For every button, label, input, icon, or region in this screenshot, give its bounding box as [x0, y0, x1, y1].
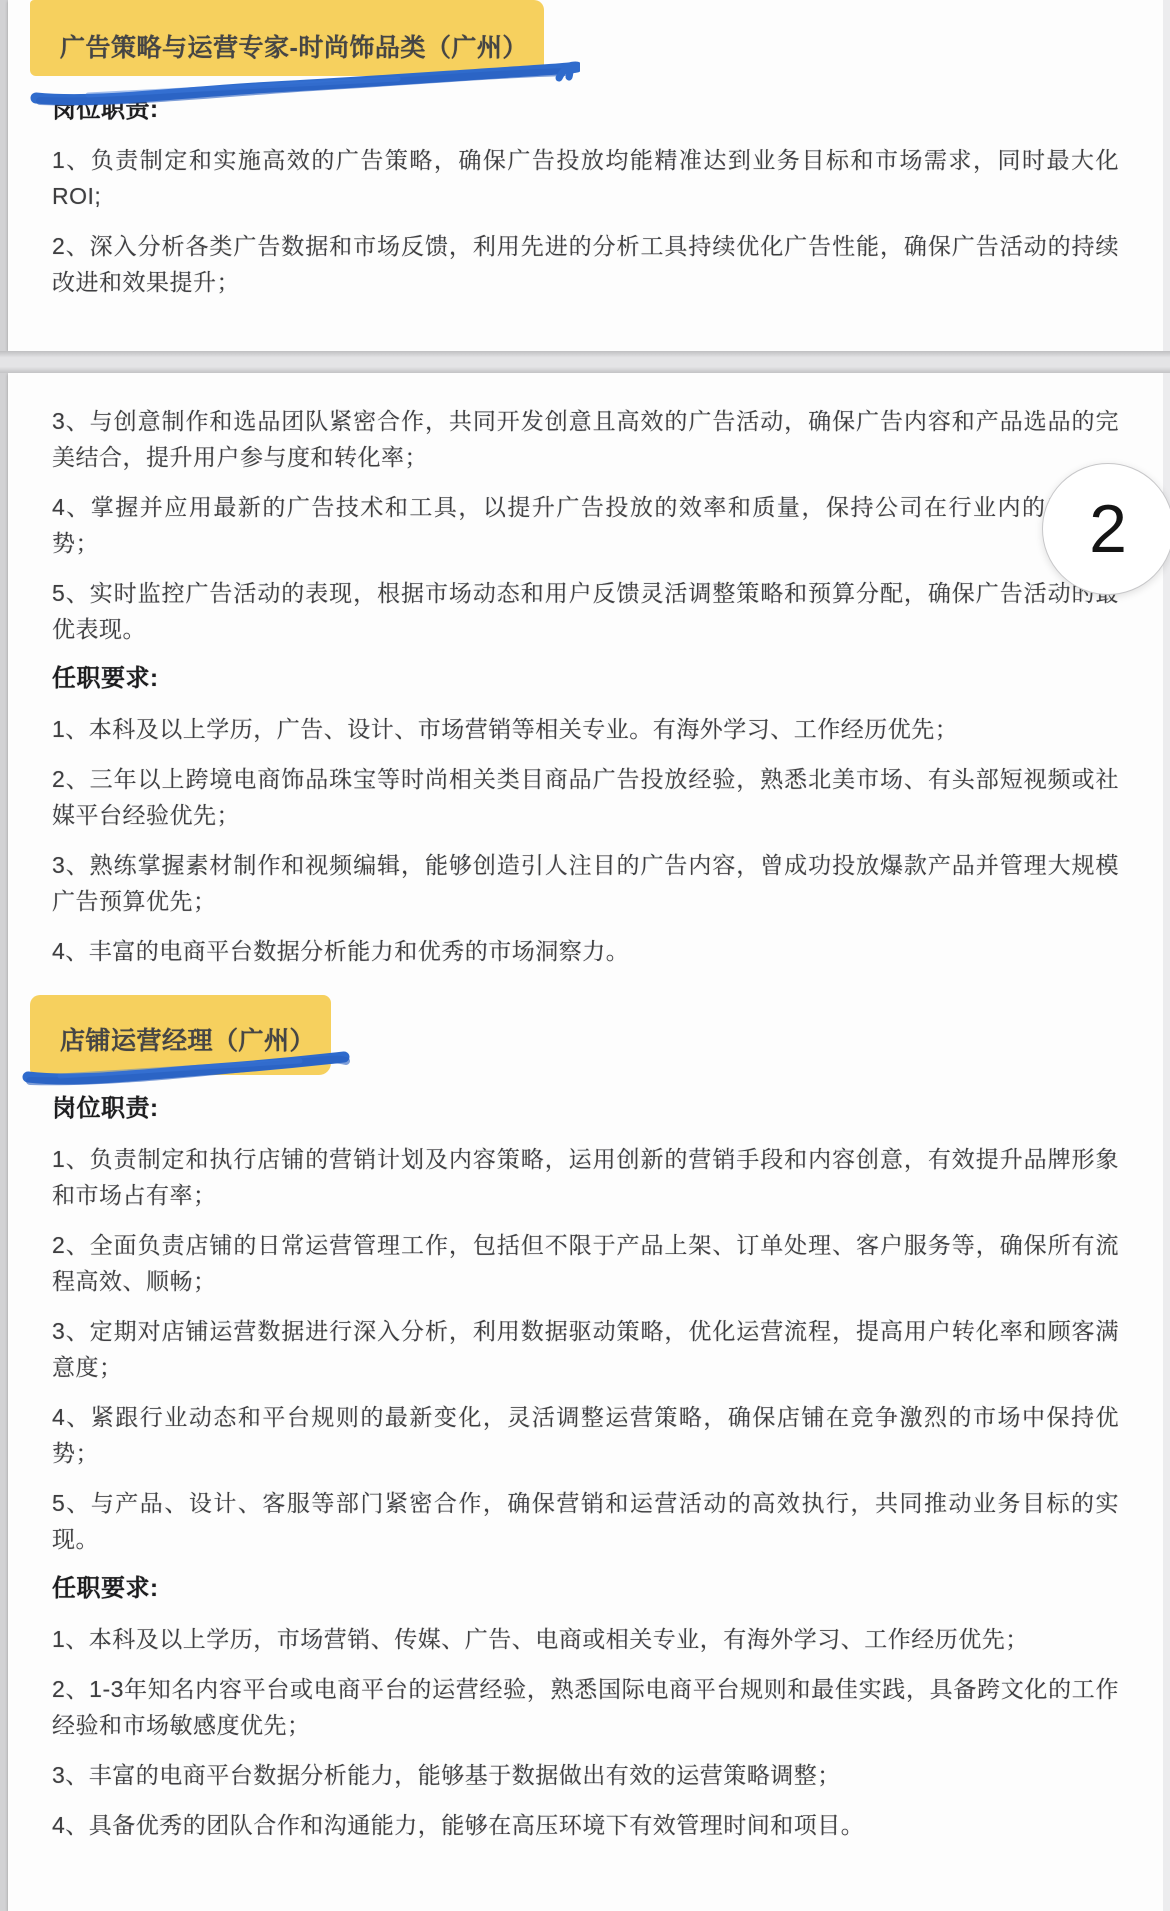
page-number: 2 [1089, 490, 1127, 568]
requirement-item: 4、丰富的电商平台数据分析能力和优秀的市场洞察力。 [52, 933, 1119, 969]
duty-item: 1、负责制定和实施高效的广告策略，确保广告投放均能精准达到业务目标和市场需求，同… [52, 142, 1119, 214]
document-viewer: 广告策略与运营专家-时尚饰品类（广州） 岗位职责: 1、负责制定和实施高效的广告… [0, 0, 1170, 1911]
page-1: 广告策略与运营专家-时尚饰品类（广州） 岗位职责: 1、负责制定和实施高效的广告… [8, 0, 1163, 351]
duty-item: 1、负责制定和执行店铺的营销计划及内容策略，运用创新的营销手段和内容创意，有效提… [52, 1141, 1119, 1213]
duty-item: 4、紧跟行业动态和平台规则的最新变化，灵活调整运营策略，确保店铺在竞争激烈的市场… [52, 1399, 1119, 1471]
duty-item: 5、与产品、设计、客服等部门紧密合作，确保营销和运营活动的高效执行，共同推动业务… [52, 1485, 1119, 1557]
duties-header-1: 岗位职责: [52, 92, 1119, 128]
requirement-item: 4、具备优秀的团队合作和沟通能力，能够在高压环境下有效管理时间和项目。 [52, 1807, 1119, 1843]
job-title-2: 店铺运营经理（广州） [60, 1027, 315, 1055]
duty-item: 2、深入分析各类广告数据和市场反馈，利用先进的分析工具持续优化广告性能，确保广告… [52, 228, 1119, 300]
page-right-gutter [1163, 0, 1170, 1911]
requirement-item: 3、丰富的电商平台数据分析能力，能够基于数据做出有效的运营策略调整； [52, 1757, 1119, 1793]
page-number-badge: 2 [1042, 463, 1170, 595]
requirement-item: 2、1-3年知名内容平台或电商平台的运营经验，熟悉国际电商平台规则和最佳实践，具… [52, 1671, 1119, 1743]
duty-item: 2、全面负责店铺的日常运营管理工作，包括但不限于产品上架、订单处理、客户服务等，… [52, 1227, 1119, 1299]
requirements-header-2: 任职要求: [52, 1571, 1119, 1607]
duty-item: 5、实时监控广告活动的表现，根据市场动态和用户反馈灵活调整策略和预算分配，确保广… [52, 575, 1119, 647]
requirement-item: 2、三年以上跨境电商饰品珠宝等时尚相关类目商品广告投放经验，熟悉北美市场、有头部… [52, 761, 1119, 833]
duties-header-2: 岗位职责: [52, 1091, 1119, 1127]
requirement-item: 3、熟练掌握素材制作和视频编辑，能够创造引人注目的广告内容，曾成功投放爆款产品并… [52, 847, 1119, 919]
duty-item: 3、与创意制作和选品团队紧密合作，共同开发创意且高效的广告活动，确保广告内容和产… [52, 403, 1119, 475]
page-break-gap [0, 351, 1170, 373]
job-title-2-block: 店铺运营经理（广州） [52, 983, 1119, 1075]
duty-item: 4、掌握并应用最新的广告技术和工具，以提升广告投放的效率和质量，保持公司在行业内… [52, 489, 1119, 561]
requirement-item: 1、本科及以上学历，市场营销、传媒、广告、电商或相关专业，有海外学习、工作经历优… [52, 1621, 1119, 1657]
requirement-item: 1、本科及以上学历，广告、设计、市场营销等相关专业。有海外学习、工作经历优先； [52, 711, 1119, 747]
requirements-header-1: 任职要求: [52, 661, 1119, 697]
highlight-mark-2: 店铺运营经理（广州） [30, 995, 331, 1075]
duty-item: 3、定期对店铺运营数据进行深入分析，利用数据驱动策略，优化运营流程，提高用户转化… [52, 1313, 1119, 1385]
page-2: 3、与创意制作和选品团队紧密合作，共同开发创意且高效的广告活动，确保广告内容和产… [8, 373, 1163, 1911]
highlight-mark-1: 广告策略与运营专家-时尚饰品类（广州） [30, 0, 544, 76]
job-title-1: 广告策略与运营专家-时尚饰品类（广州） [60, 34, 528, 62]
